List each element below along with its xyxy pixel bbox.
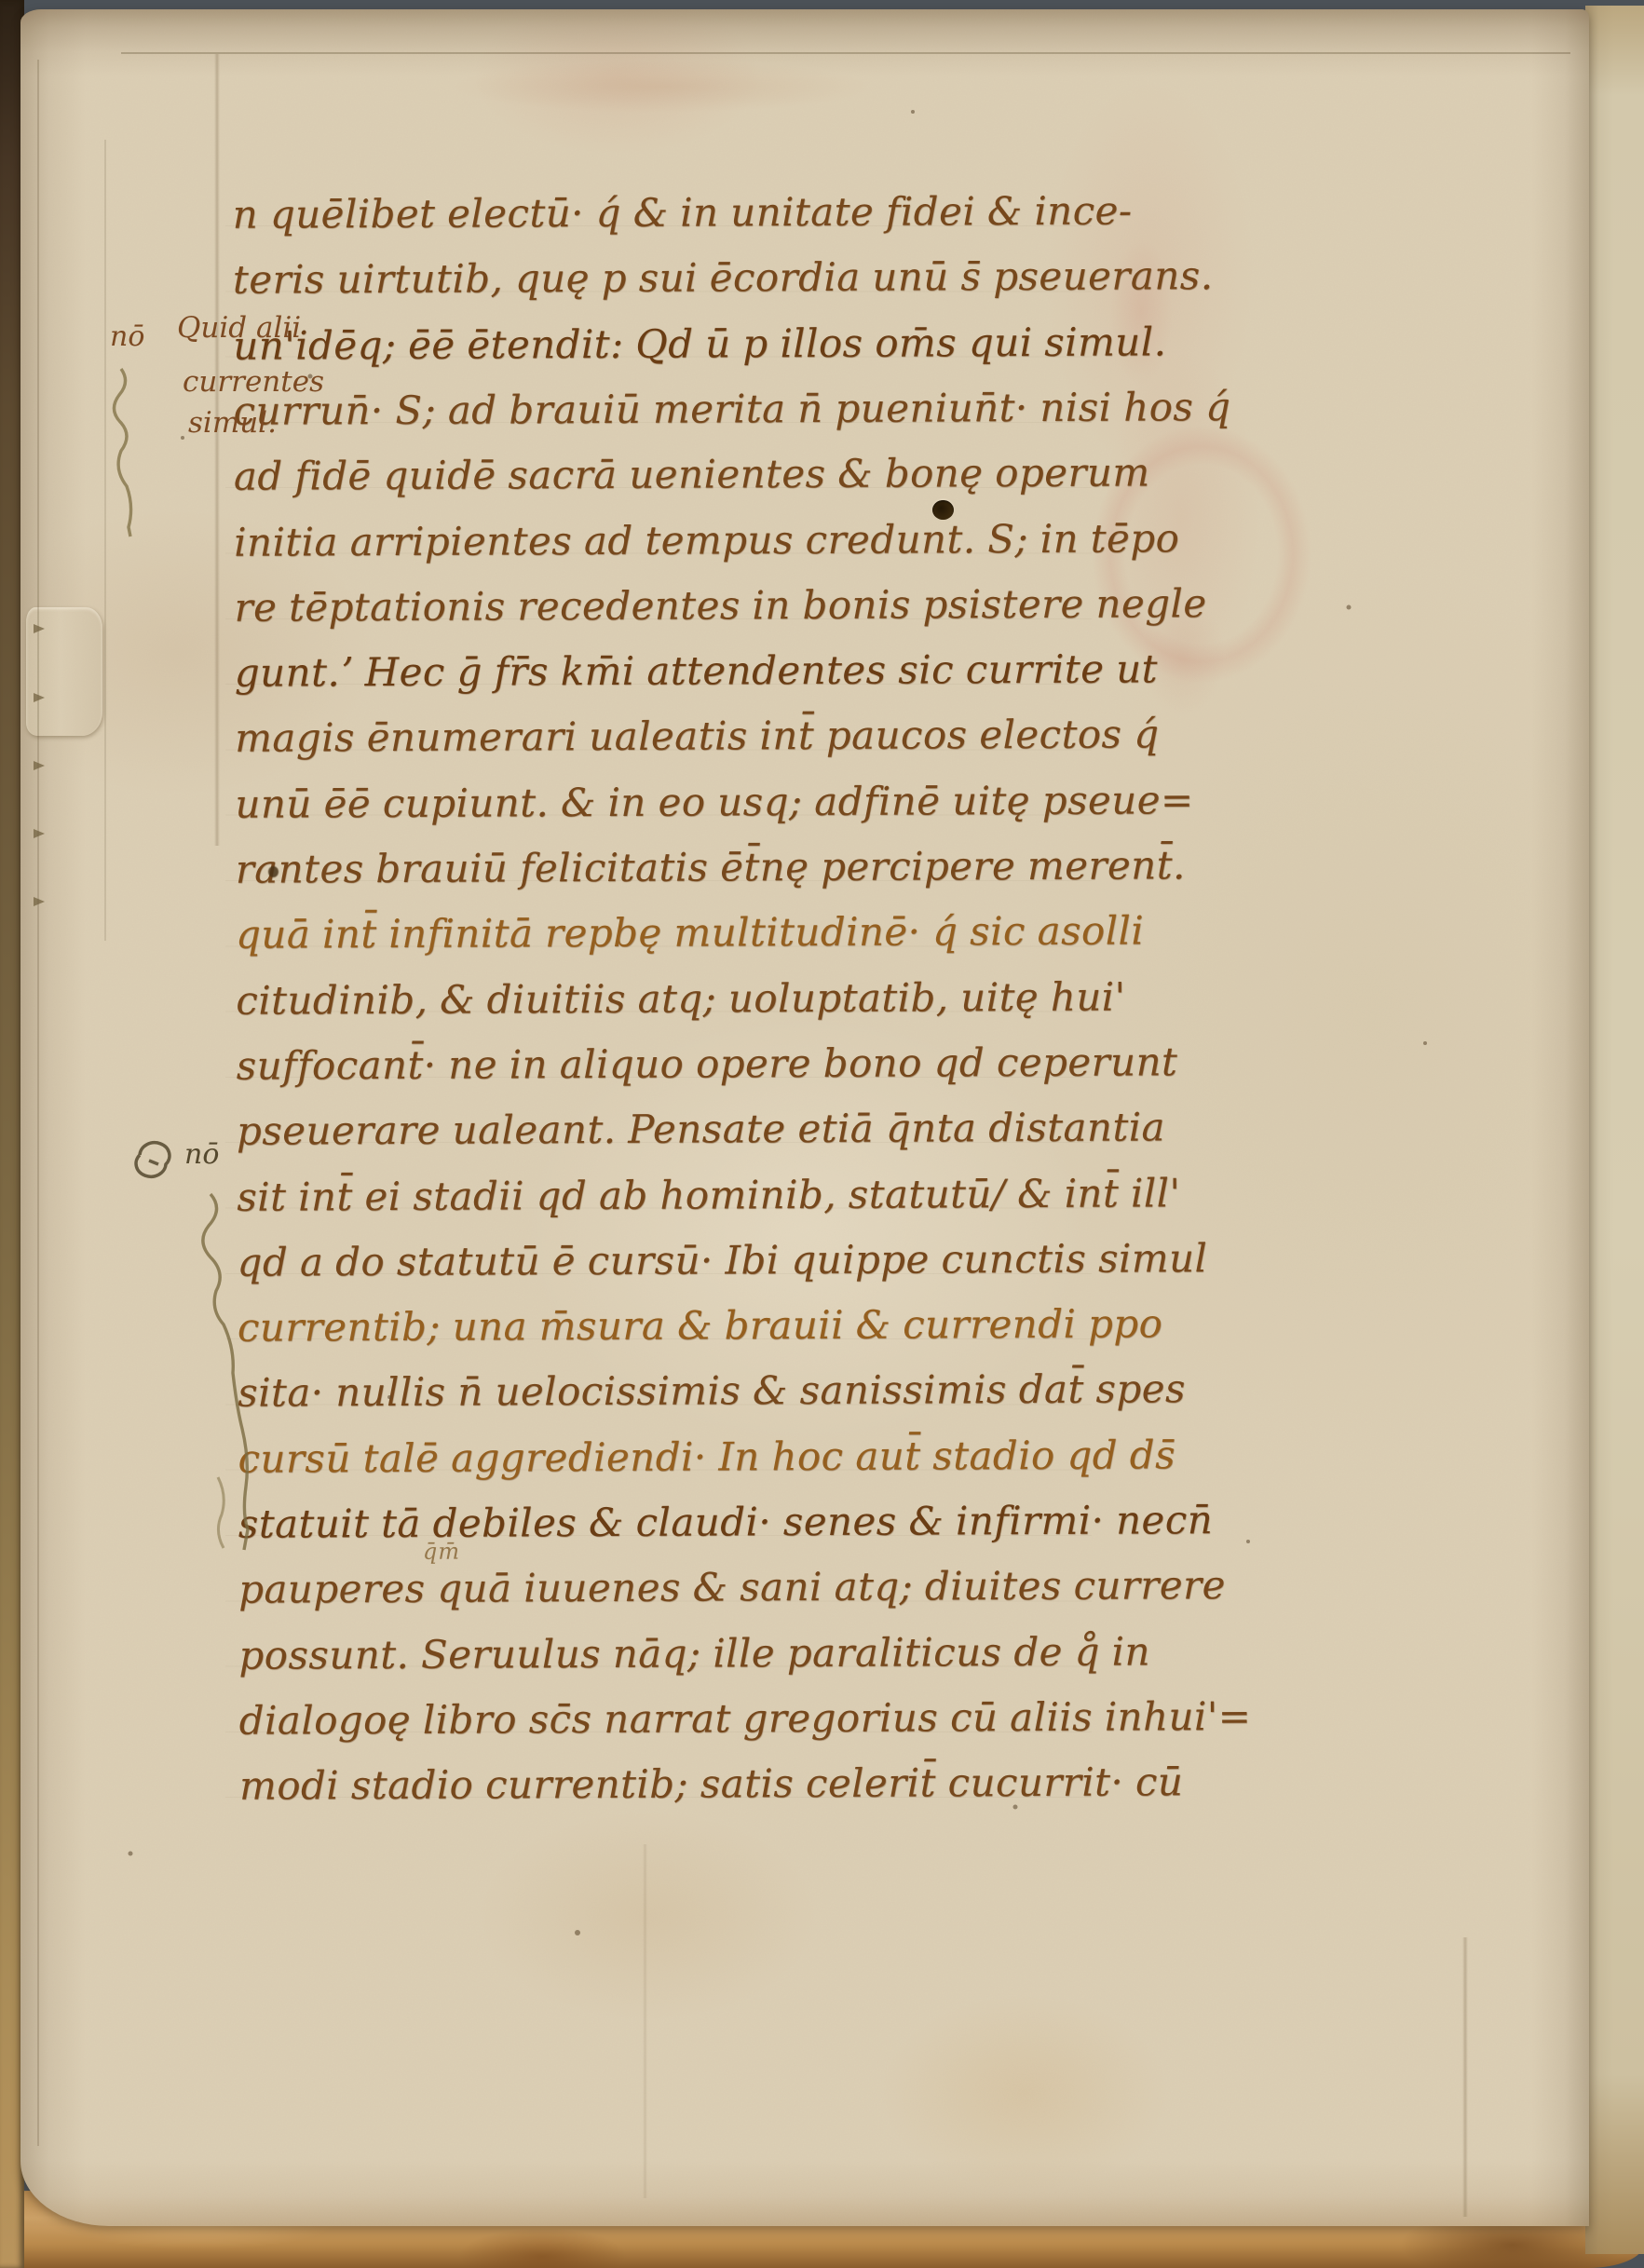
- manuscript-photo: ea Uid u l n quēlibet electū· q́ & in un…: [0, 0, 1644, 2268]
- parchment-grain-texture: [20, 9, 1589, 2226]
- marks-overlay: [0, 0, 1644, 2268]
